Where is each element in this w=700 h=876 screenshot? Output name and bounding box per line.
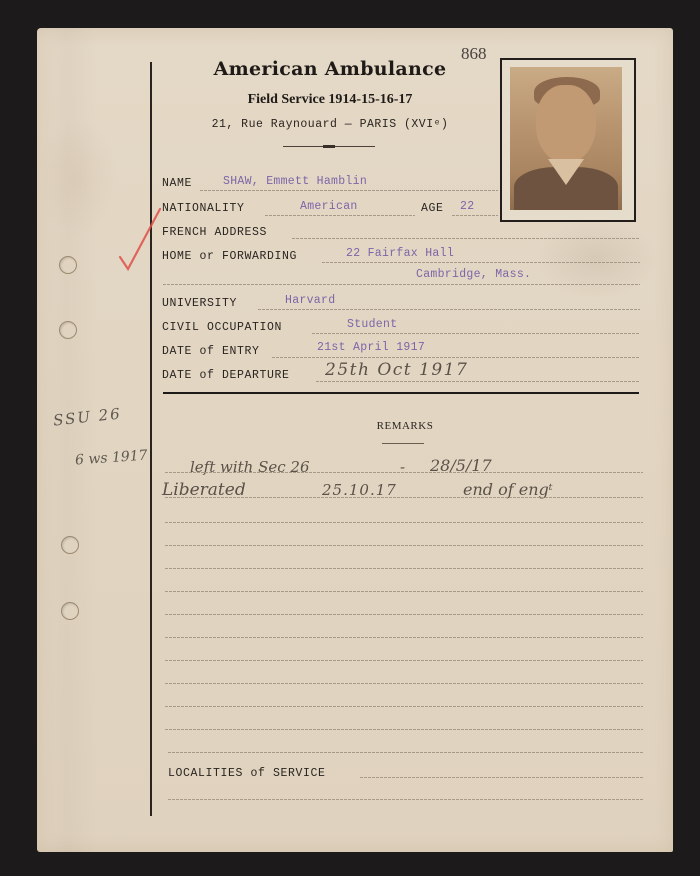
field-line	[452, 215, 498, 216]
field-label-french-address: FRENCH ADDRESS	[162, 226, 267, 239]
field-line	[168, 799, 643, 800]
remark-line	[165, 637, 643, 638]
remark-line-1-mid: -	[400, 458, 405, 476]
field-line	[272, 357, 640, 358]
field-label-university: UNIVERSITY	[162, 297, 237, 310]
remark-line	[165, 729, 643, 730]
remarks-title: REMARKS	[340, 420, 470, 432]
field-value-date-of-departure: 25th Oct 1917	[325, 360, 468, 380]
remark-line	[168, 752, 643, 753]
field-value-civil-occupation: Student	[347, 318, 397, 331]
field-line	[292, 238, 640, 239]
field-line	[312, 333, 640, 334]
page-subtitle: Field Service 1914-15-16-17	[160, 92, 500, 108]
remarks-ornament	[382, 443, 424, 444]
field-label-date-of-departure: DATE of DEPARTURE	[162, 369, 290, 382]
field-label-name: NAME	[162, 177, 192, 190]
remark-line	[165, 568, 643, 569]
punch-hole	[61, 536, 79, 554]
field-line	[265, 215, 415, 216]
field-line	[163, 284, 640, 285]
remark-line	[165, 522, 643, 523]
remark-line	[165, 660, 643, 661]
field-line	[258, 309, 640, 310]
page-title: American Ambulance	[160, 58, 500, 80]
remark-line	[165, 497, 643, 498]
field-value-nationality: American	[300, 200, 358, 213]
check-mark-icon	[118, 205, 168, 275]
remark-line	[165, 706, 643, 707]
header-ornament	[283, 146, 375, 147]
field-label-age: AGE	[421, 202, 444, 215]
field-value-date-of-entry: 21st April 1917	[317, 341, 425, 354]
field-value-home-line2: Cambridge, Mass.	[416, 268, 531, 281]
field-label-nationality: NATIONALITY	[162, 202, 245, 215]
remark-line	[165, 591, 643, 592]
punch-hole	[59, 256, 77, 274]
portrait-photo	[510, 67, 622, 210]
punch-hole	[59, 321, 77, 339]
margin-rule	[150, 62, 152, 816]
field-line	[316, 381, 640, 382]
photo-face	[536, 85, 596, 163]
field-value-home-line1: 22 Fairfax Hall	[346, 247, 454, 260]
field-line	[322, 262, 640, 263]
remark-line	[165, 472, 643, 473]
remark-line	[165, 683, 643, 684]
field-value-name: SHAW, Emmett Hamblin	[223, 175, 367, 188]
remark-line	[165, 614, 643, 615]
remark-line-1-left: left with Sec 26	[190, 458, 310, 476]
header-address: 21, Rue Raynouard — PARIS (XVIᵉ)	[160, 118, 500, 131]
remark-line	[165, 545, 643, 546]
punch-hole	[61, 602, 79, 620]
field-label-home: HOME or FORWARDING	[162, 250, 297, 263]
field-label-localities: LOCALITIES of SERVICE	[168, 767, 326, 780]
section-divider	[163, 392, 639, 394]
field-line	[200, 190, 498, 191]
field-value-university: Harvard	[285, 294, 335, 307]
field-label-date-of-entry: DATE of ENTRY	[162, 345, 260, 358]
field-label-civil-occupation: CIVIL OCCUPATION	[162, 321, 282, 334]
field-line	[360, 777, 643, 778]
field-value-age: 22	[460, 200, 474, 213]
